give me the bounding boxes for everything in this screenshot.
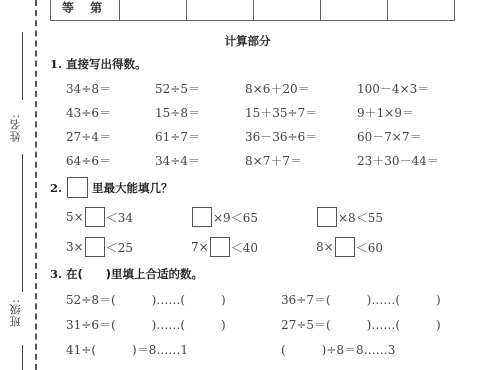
fill-blank-expression[interactable]: 36÷7＝( )……( ) [281, 291, 441, 308]
expression: 34÷4＝ [155, 152, 200, 169]
question-title: 在( )里填上合适的数。 [66, 266, 203, 282]
inequality-item: 3× ＜25 [66, 237, 133, 257]
answer-box[interactable] [335, 237, 355, 257]
expr-after: ＜25 [106, 239, 133, 256]
expr-before: 3× [66, 240, 84, 254]
answer-box[interactable] [85, 207, 105, 227]
inequality-item: ×9＜65 [191, 207, 258, 227]
expression: 60－7×7＝ [357, 128, 422, 145]
grade-label: 等 第 [51, 0, 120, 21]
expr-after: ×9＜65 [213, 209, 258, 226]
answer-box[interactable] [85, 237, 105, 257]
expression: 36－36÷6＝ [245, 128, 317, 145]
expression: 100－4×3＝ [357, 80, 429, 97]
name-label: 姓名: [8, 110, 30, 146]
fill-blank-expression[interactable]: 31÷6＝( )……( ) [66, 316, 226, 333]
inequality-item: ×8＜55 [316, 207, 383, 227]
expression: 9＋1×9＝ [357, 104, 414, 121]
question-3-heading: 3. 在( )里填上合适的数。 [50, 266, 203, 282]
expression: 64÷6＝ [66, 152, 111, 169]
expr-before: 8× [316, 240, 334, 254]
question-2-heading: 2. 里最大能填几？ [50, 177, 173, 198]
binding-margin: 姓名: 班级: [0, 0, 40, 370]
score-table: 等 第 [50, 0, 455, 21]
score-cell[interactable] [321, 0, 388, 21]
inequality-item: 5× ＜34 [66, 207, 133, 227]
question-title: 里最大能填几？ [92, 180, 173, 196]
expression: 43÷6＝ [66, 104, 111, 121]
score-cell[interactable] [388, 0, 455, 21]
expr-before: 7× [191, 240, 209, 254]
question-number: 3. [50, 267, 62, 281]
fill-blank-expression[interactable]: 41÷( )＝8……1 [66, 341, 188, 358]
expression: 8×6＋20＝ [245, 80, 310, 97]
fill-blank-expression[interactable]: ( )÷8＝8……3 [281, 341, 395, 358]
expression: 23＋30－44＝ [357, 152, 439, 169]
expression: 8×7＋7＝ [245, 152, 302, 169]
question-title: 直接写出得数。 [66, 56, 147, 72]
score-cell[interactable] [120, 0, 187, 21]
expression: 15÷8＝ [155, 104, 200, 121]
answer-box[interactable] [317, 207, 337, 227]
expression: 27÷4＝ [66, 128, 111, 145]
section-title: 计算部分 [0, 33, 495, 49]
expr-before: 5× [66, 210, 84, 224]
expression: 61÷7＝ [155, 128, 200, 145]
class-underline [22, 192, 23, 292]
fill-blank-expression[interactable]: 52÷8＝( )……( ) [66, 291, 226, 308]
expression: 34÷8＝ [66, 80, 111, 97]
expr-after: ＜34 [106, 209, 133, 226]
question-1-heading: 1. 直接写出得数。 [50, 56, 147, 72]
expression: 52÷5＝ [155, 80, 200, 97]
class-label: 班级: [8, 295, 30, 331]
fill-blank-expression[interactable]: 27÷5＝( )……( ) [281, 316, 441, 333]
expression: 15＋35÷7＝ [245, 104, 317, 121]
inequality-item: 8× ＜60 [316, 237, 383, 257]
score-cell[interactable] [254, 0, 321, 21]
blank-box-icon [67, 177, 88, 198]
class-underline-lower [22, 345, 23, 370]
cut-line [35, 0, 37, 370]
expr-after: ＜40 [231, 239, 258, 256]
expr-after: ×8＜55 [338, 209, 383, 226]
question-number: 1. [50, 57, 62, 71]
name-underline-lower [22, 154, 23, 194]
answer-box[interactable] [192, 207, 212, 227]
expr-after: ＜60 [356, 239, 383, 256]
score-cell[interactable] [187, 0, 254, 21]
answer-box[interactable] [210, 237, 230, 257]
question-number: 2. [50, 181, 62, 195]
inequality-item: 7× ＜40 [191, 237, 258, 257]
